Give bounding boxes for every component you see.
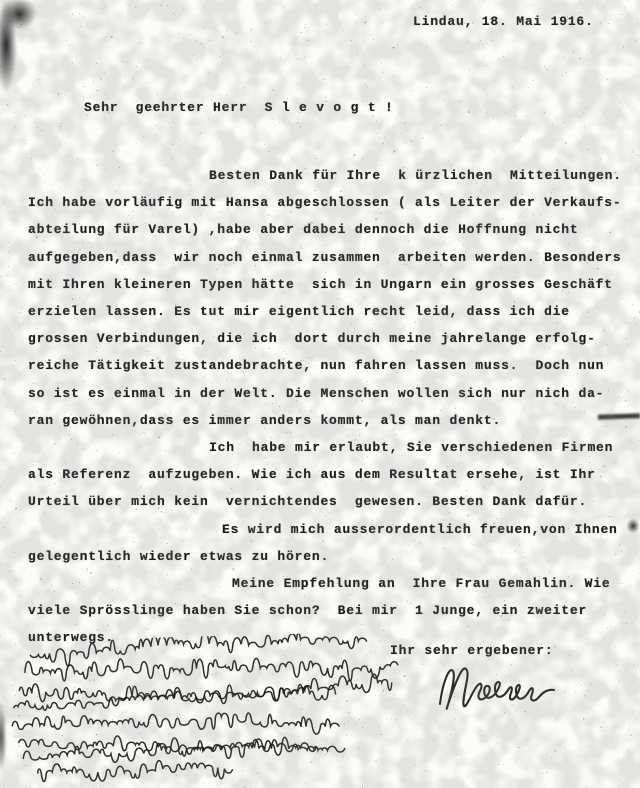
body-line: mit Ihren kleineren Typen hätte sich in … [28,277,613,292]
body-line: abteilung für Varel) ,habe aber dabei de… [28,222,578,237]
body-line: Ich habe vorläufig mit Hansa abgeschloss… [28,195,622,210]
handwritten-annotation [2,631,406,788]
scan-artifact-topleft-streak [0,0,20,106]
closing-line: Ihr sehr ergebener: [390,643,553,658]
body-line: Es wird mich ausserordentlich freuen,von… [222,522,618,537]
salutation-line: Sehr geehrter Herr S l e v o g t ! [84,100,394,115]
body-line: gelegentlich wieder etwas zu hören. [28,549,329,564]
date-line: Lindau, 18. Mai 1916. [413,14,594,29]
scan-artifact-right-hook [624,516,640,536]
body-line: Meine Empfehlung an Ihre Frau Gemahlin. … [232,576,610,591]
body-line: Urteil über mich kein vernichtendes gewe… [28,494,587,509]
scan-artifact-topleft-corner [0,0,44,36]
body-line: grossen Verbindungen, die ich dort durch… [28,331,596,346]
scanned-letter-page: Lindau, 18. Mai 1916. Sehr geehrter Herr… [0,0,640,788]
scan-artifact-right-dash [598,413,640,419]
body-line: ran gewöhnen,dass es immer anders kommt,… [28,413,501,428]
body-line: als Referenz aufzugeben. Wie ich aus dem… [28,467,596,482]
body-line: so ist es einmal in der Welt. Die Mensch… [28,386,604,401]
body-line: Besten Dank für Ihre k ürzlichen Mitteil… [209,168,622,183]
body-line: viele Sprösslinge haben Sie schon? Bei m… [28,603,587,618]
body-line: aufgegeben,dass wir noch einmal zusammen… [28,250,622,265]
signature-handwriting [428,658,578,720]
body-line: reiche Tätigkeit zustandebrachte, nun fa… [28,358,604,373]
body-line: erzielen lassen. Es tut mir eigentlich r… [28,304,570,319]
body-line: Ich habe mir erlaubt, Sie verschiedenen … [209,440,613,455]
